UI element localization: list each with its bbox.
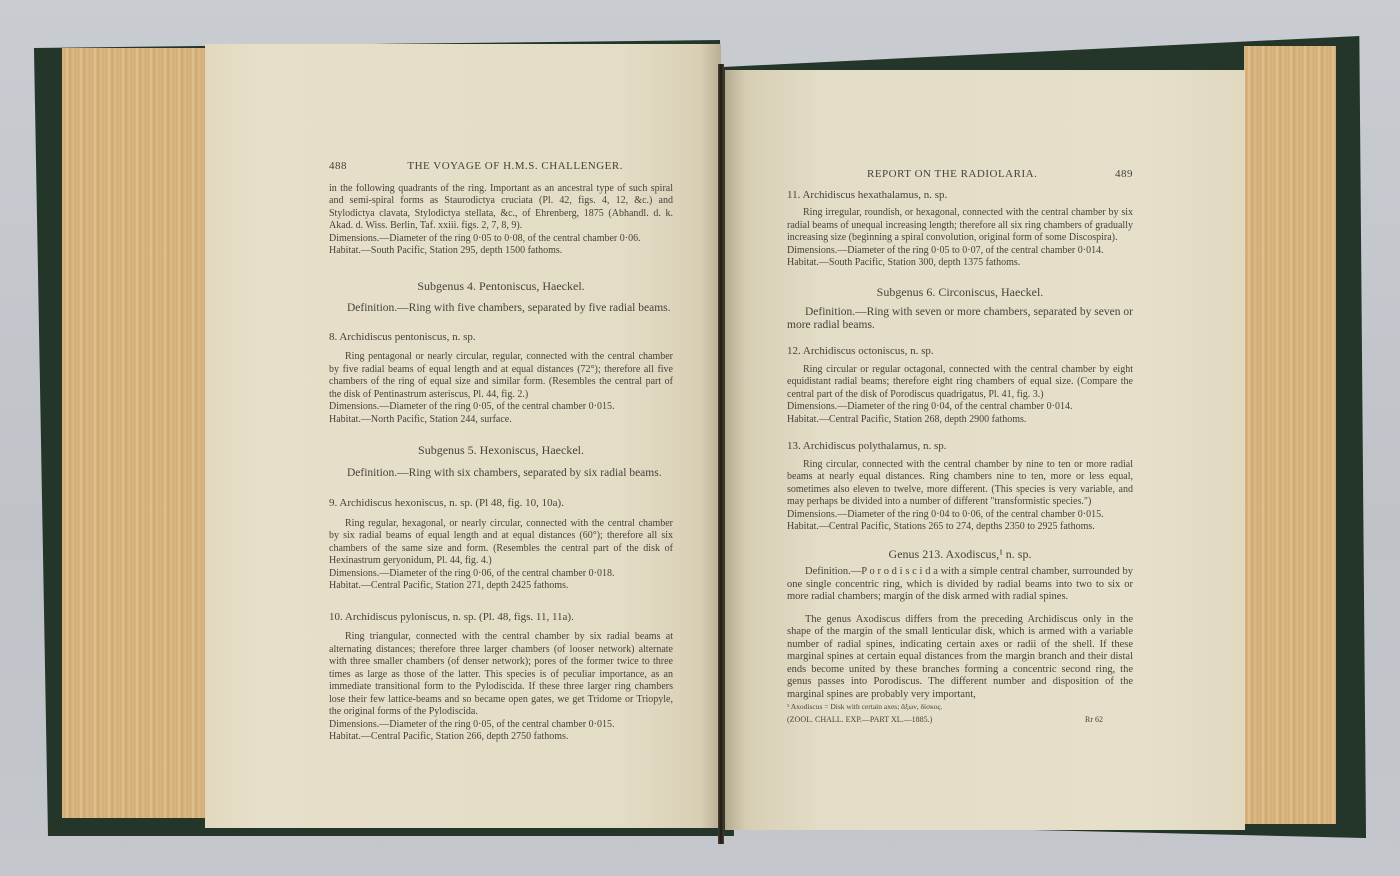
page-number-right: 489: [1115, 168, 1133, 181]
page-edges-right: [1244, 46, 1336, 824]
subgenus-4-definition: Definition.—Ring with five chambers, sep…: [329, 302, 673, 315]
genus-213-title: Genus 213. Axodiscus,¹ n. sp.: [787, 548, 1133, 561]
species-12-habitat: Habitat.—Central Pacific, Station 268, d…: [787, 414, 1133, 427]
left-page: 488 THE VOYAGE OF H.M.S. CHALLENGER. in …: [205, 44, 721, 828]
subgenus-5-title: Subgenus 5. Hexoniscus, Haeckel.: [329, 444, 673, 457]
species-13-body: Ring circular, connected with the centra…: [787, 459, 1133, 509]
page-number-left: 488: [329, 160, 347, 173]
species-8-dimensions: Dimensions.—Diameter of the ring 0·05, o…: [329, 401, 673, 414]
species-8-body: Ring pentagonal or nearly circular, regu…: [329, 351, 673, 401]
species-10-dimensions: Dimensions.—Diameter of the ring 0·05, o…: [329, 719, 673, 732]
species-11-title: 11. Archidiscus hexathalamus, n. sp.: [787, 189, 1133, 202]
species-8-title: 8. Archidiscus pentoniscus, n. sp.: [329, 331, 673, 344]
species-10-habitat: Habitat.—Central Pacific, Station 266, d…: [329, 731, 673, 744]
species-10-body: Ring triangular, connected with the cent…: [329, 631, 673, 719]
intro-paragraph: in the following quadrants of the ring. …: [329, 183, 673, 233]
subgenus-4-title: Subgenus 4. Pentoniscus, Haeckel.: [329, 280, 673, 293]
subgenus-6-title: Subgenus 6. Circoniscus, Haeckel.: [787, 286, 1133, 299]
left-header: 488 THE VOYAGE OF H.M.S. CHALLENGER.: [329, 160, 673, 173]
footnote: ¹ Axodiscus = Disk with certain axes; ἄξ…: [787, 701, 1133, 714]
subgenus-6-definition: Definition.—Ring with seven or more cham…: [787, 306, 1133, 331]
running-head-right: REPORT ON THE RADIOLARIA.: [867, 168, 1037, 181]
species-12-title: 12. Archidiscus octoniscus, n. sp.: [787, 345, 1133, 358]
species-11-habitat: Habitat.—South Pacific, Station 300, dep…: [787, 257, 1133, 270]
intro-habitat: Habitat.—South Pacific, Station 295, dep…: [329, 245, 673, 258]
species-13-habitat: Habitat.—Central Pacific, Stations 265 t…: [787, 521, 1133, 534]
left-page-text: 488 THE VOYAGE OF H.M.S. CHALLENGER. in …: [329, 160, 673, 744]
subgenus-5-definition: Definition.—Ring with six chambers, sepa…: [329, 467, 673, 480]
species-11-body: Ring irregular, roundish, or hexagonal, …: [787, 207, 1133, 245]
species-9-dimensions: Dimensions.—Diameter of the ring 0·06, o…: [329, 568, 673, 581]
genus-213-body: The genus Axodiscus differs from the pre…: [787, 614, 1133, 702]
species-9-habitat: Habitat.—Central Pacific, Station 271, d…: [329, 580, 673, 593]
species-13-title: 13. Archidiscus polythalamus, n. sp.: [787, 440, 1133, 453]
right-page-text: REPORT ON THE RADIOLARIA. 489 11. Archid…: [787, 168, 1133, 726]
species-12-body: Ring circular or regular octagonal, conn…: [787, 364, 1133, 402]
species-8-habitat: Habitat.—North Pacific, Station 244, sur…: [329, 414, 673, 427]
signature-mark: Rr 62: [1085, 714, 1103, 727]
page-footer: (ZOOL. CHALL. EXP.—PART XL.—1885.) Rr 62: [787, 714, 1133, 727]
right-page: REPORT ON THE RADIOLARIA. 489 11. Archid…: [725, 70, 1245, 830]
page-edges-left: [62, 48, 212, 818]
genus-213-definition: Definition.—P o r o d i s c i d a with a…: [787, 566, 1133, 604]
book-gutter: [718, 64, 724, 844]
species-10-title: 10. Archidiscus pyloniscus, n. sp. (Pl. …: [329, 611, 673, 624]
right-header: REPORT ON THE RADIOLARIA. 489: [787, 168, 1133, 181]
species-12-dimensions: Dimensions.—Diameter of the ring 0·04, o…: [787, 401, 1133, 414]
species-9-body: Ring regular, hexagonal, or nearly circu…: [329, 518, 673, 568]
species-9-title: 9. Archidiscus hexoniscus, n. sp. (Pl 48…: [329, 497, 673, 510]
species-11-dimensions: Dimensions.—Diameter of the ring 0·05 to…: [787, 245, 1133, 258]
intro-dimensions: Dimensions.—Diameter of the ring 0·05 to…: [329, 233, 673, 246]
species-13-dimensions: Dimensions.—Diameter of the ring 0·04 to…: [787, 509, 1133, 522]
imprint: (ZOOL. CHALL. EXP.—PART XL.—1885.): [787, 714, 932, 727]
running-head-left: THE VOYAGE OF H.M.S. CHALLENGER.: [407, 160, 623, 173]
